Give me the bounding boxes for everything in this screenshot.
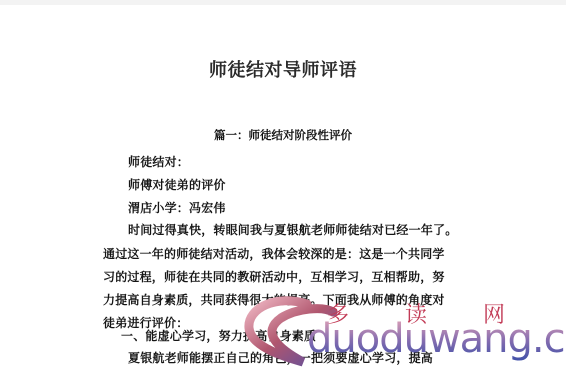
subheading-line: 一、能虚心学习，努力提高自身素质 xyxy=(121,327,316,344)
text-line: 渭店小学：冯宏伟 xyxy=(128,199,226,216)
paragraph-line: 夏银航老师能摆正自己的角色，一把须要虚心学习，提高 xyxy=(128,349,433,366)
paragraph-line: 习的过程，师徒在共同的教研活动中，互相学习，互相帮助，努 xyxy=(103,268,445,285)
section-heading: 篇一：师徒结对阶段性评价 xyxy=(0,127,566,143)
text-line: 师傅对徒弟的评价 xyxy=(128,176,226,193)
paragraph-line: 通过这一年的师徒结对活动，我体会较深的是：这是一个共同学 xyxy=(103,245,445,262)
document-title: 师徒结对导师评语 xyxy=(0,56,566,82)
text-line: 师徒结对： xyxy=(128,153,189,170)
paragraph-line: 力提高自身素质，共同获得很大的提高。下面我从师傅的角度对 xyxy=(103,291,445,308)
paragraph-line: 时间过得真快，转眼间我与夏银航老师师徒结对已经一年了。 xyxy=(128,221,457,238)
